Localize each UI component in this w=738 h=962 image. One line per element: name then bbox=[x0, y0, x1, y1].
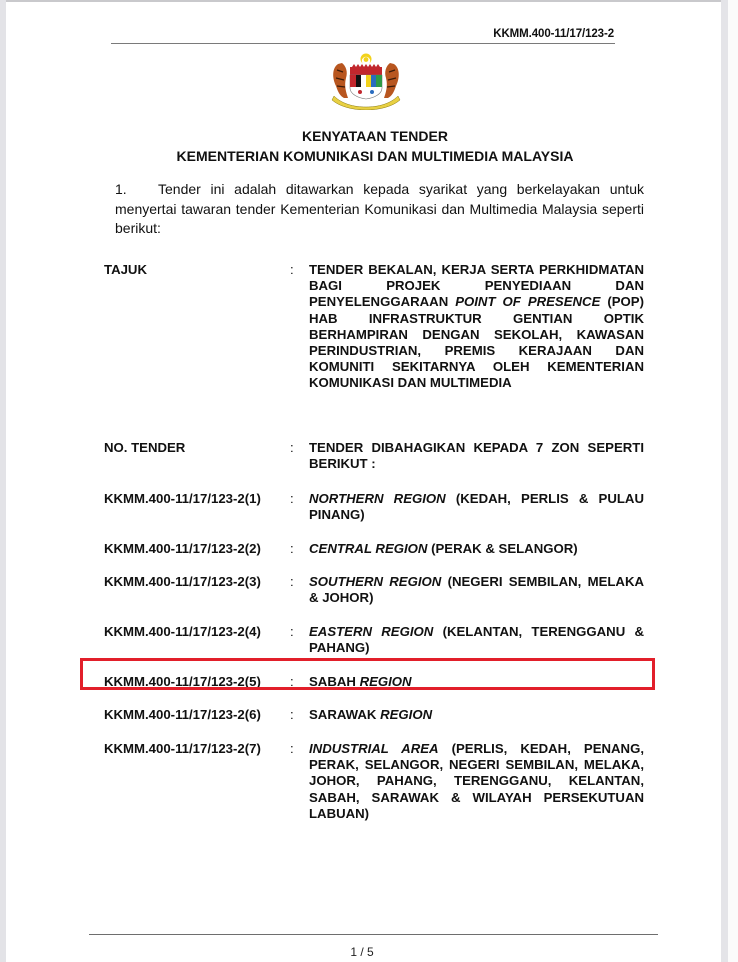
tender-row: KKMM.400-11/17/123-2(3):SOUTHERN REGION … bbox=[104, 574, 644, 606]
row-label: TAJUK bbox=[104, 262, 290, 392]
tender-row: TAJUK:TENDER BEKALAN, KERJA SERTA PERKHI… bbox=[104, 262, 644, 392]
tender-row: KKMM.400-11/17/123-2(6):SARAWAK REGION bbox=[104, 707, 644, 723]
row-label: KKMM.400-11/17/123-2(1) bbox=[104, 491, 290, 523]
viewer-scrollbar-track[interactable] bbox=[721, 0, 728, 962]
title-line-1: KENYATAAN TENDER bbox=[90, 126, 660, 146]
row-separator: : bbox=[290, 541, 309, 557]
footer-divider bbox=[89, 934, 658, 935]
text-segment: SARAWAK bbox=[309, 707, 380, 722]
row-separator: : bbox=[290, 707, 309, 723]
row-separator: : bbox=[290, 624, 309, 656]
tender-row: KKMM.400-11/17/123-2(7):INDUSTRIAL AREA … bbox=[104, 741, 644, 822]
title-line-2: KEMENTERIAN KOMUNIKASI DAN MULTIMEDIA MA… bbox=[90, 146, 660, 166]
tender-row: KKMM.400-11/17/123-2(2):CENTRAL REGION (… bbox=[104, 541, 644, 557]
row-separator: : bbox=[290, 741, 309, 822]
italic-segment: INDUSTRIAL AREA bbox=[309, 741, 439, 756]
paragraph-text: Tender ini adalah ditawarkan kepada syar… bbox=[115, 181, 644, 236]
document-reference-header: KKMM.400-11/17/123-2 bbox=[111, 28, 614, 40]
page-indicator: 1 / 5 bbox=[300, 945, 424, 959]
tender-row: NO. TENDER:TENDER DIBAHAGIKAN KEPADA 7 Z… bbox=[104, 440, 644, 472]
row-separator: : bbox=[290, 262, 309, 392]
row-separator: : bbox=[290, 491, 309, 523]
row-value: INDUSTRIAL AREA (PERLIS, KEDAH, PENANG, … bbox=[309, 741, 644, 822]
row-value: TENDER BEKALAN, KERJA SERTA PERKHIDMATAN… bbox=[309, 262, 644, 392]
text-segment: TENDER DIBAHAGIKAN KEPADA 7 ZON SEPERTI … bbox=[309, 440, 644, 471]
row-separator: : bbox=[290, 574, 309, 606]
viewer-right-margin bbox=[728, 0, 738, 962]
italic-segment: POINT OF PRESENCE bbox=[455, 294, 600, 309]
header-divider bbox=[111, 43, 615, 44]
row-label: NO. TENDER bbox=[104, 440, 290, 472]
row-separator: : bbox=[290, 440, 309, 472]
tender-row: KKMM.400-11/17/123-2(4):EASTERN REGION (… bbox=[104, 624, 644, 656]
highlight-annotation-box bbox=[80, 658, 655, 690]
row-label: KKMM.400-11/17/123-2(6) bbox=[104, 707, 290, 723]
document-title: KENYATAAN TENDER KEMENTERIAN KOMUNIKASI … bbox=[90, 126, 660, 166]
italic-segment: NORTHERN REGION bbox=[309, 491, 446, 506]
italic-segment: SOUTHERN REGION bbox=[309, 574, 441, 589]
row-value: SOUTHERN REGION (NEGERI SEMBILAN, MELAKA… bbox=[309, 574, 644, 606]
row-value: EASTERN REGION (KELANTAN, TERENGGANU & P… bbox=[309, 624, 644, 656]
row-value: SARAWAK REGION bbox=[309, 707, 644, 723]
italic-segment: EASTERN REGION bbox=[309, 624, 433, 639]
row-label: KKMM.400-11/17/123-2(2) bbox=[104, 541, 290, 557]
malaysia-coat-of-arms-icon bbox=[328, 52, 404, 110]
paragraph-number: 1. bbox=[115, 180, 158, 200]
intro-paragraph: 1.Tender ini adalah ditawarkan kepada sy… bbox=[115, 180, 644, 239]
row-label: KKMM.400-11/17/123-2(7) bbox=[104, 741, 290, 822]
italic-segment: CENTRAL REGION bbox=[309, 541, 427, 556]
tender-row: KKMM.400-11/17/123-2(1):NORTHERN REGION … bbox=[104, 491, 644, 523]
viewer-top-edge bbox=[0, 0, 738, 2]
row-label: KKMM.400-11/17/123-2(4) bbox=[104, 624, 290, 656]
viewer-left-margin bbox=[0, 0, 6, 962]
italic-segment: REGION bbox=[380, 707, 432, 722]
row-value: CENTRAL REGION (PERAK & SELANGOR) bbox=[309, 541, 644, 557]
row-label: KKMM.400-11/17/123-2(3) bbox=[104, 574, 290, 606]
row-value: TENDER DIBAHAGIKAN KEPADA 7 ZON SEPERTI … bbox=[309, 440, 644, 472]
row-value: NORTHERN REGION (KEDAH, PERLIS & PULAU P… bbox=[309, 491, 644, 523]
text-segment: (PERAK & SELANGOR) bbox=[427, 541, 577, 556]
